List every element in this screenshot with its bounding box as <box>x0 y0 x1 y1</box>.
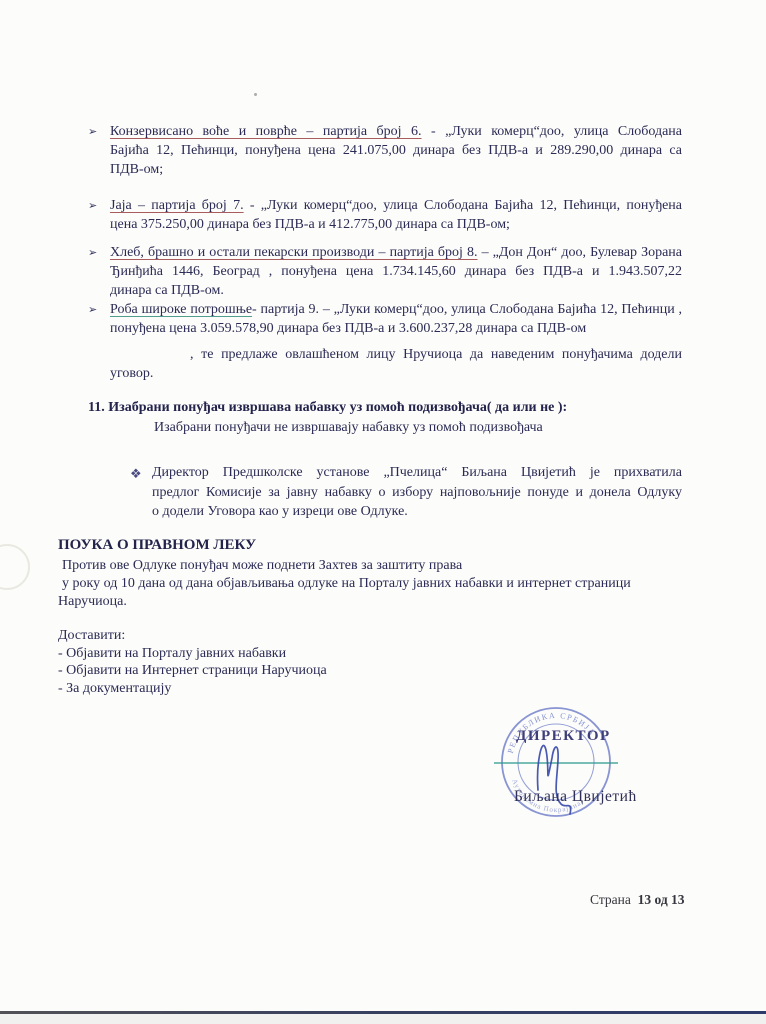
partija-6-title: Конзервисано воће и поврће – партија бро… <box>110 124 422 139</box>
official-round-stamp: РЕПУБЛИКА СРБИЈА Аутономна Покрајина <box>486 700 626 832</box>
deliver-to-section: Доставити: - Објавити на Порталу јавних … <box>58 627 478 697</box>
scan-speck <box>254 93 257 96</box>
director-name: Биљана Цвијетић <box>514 788 637 806</box>
arrow-bullet-icon: ➢ <box>88 197 97 216</box>
proposal-line: уговор. <box>110 364 682 383</box>
proposal-paragraph: , те предлаже овлашћеном лицу Нручиоца д… <box>88 345 682 383</box>
list-item-partija-8: ➢ Хлеб, брашно и остали пекарски произво… <box>88 243 682 300</box>
partija-8-line: Ђинђића 1446, Београд , понуђена цена 1.… <box>110 262 682 281</box>
page-number-value: 13 од 13 <box>638 892 685 907</box>
decision-line: Директор Предшколске установе „Пчелица“ … <box>152 463 682 483</box>
partija-6-text: - „Луки комерц“доо, улица Слободана <box>422 124 682 139</box>
deliver-item: - Објавити на Порталу јавних набавки <box>58 645 478 663</box>
director-decision: ❖ Директор Предшколске установе „Пчелица… <box>130 463 682 522</box>
partija-7-text: - „Луки комерц“доо, улица Слободана Баји… <box>244 198 682 213</box>
legal-remedy-line: у року од 10 дана од дана објављивања од… <box>58 575 718 593</box>
decision-line: предлог Комисије за јавну набавку о избо… <box>152 483 682 503</box>
deliver-item: - За документацију <box>58 680 478 698</box>
partija-8-text: – „Дон Дон“ доо, Булевар Зорана <box>478 245 683 260</box>
proposal-line: , те предлаже овлашћеном лицу Нручиоца д… <box>110 345 682 364</box>
legal-remedy-section: ПОУКА О ПРАВНОМ ЛЕКУ Против ове Одлуке п… <box>58 536 718 611</box>
item-11-subcontractor: 11. Изабрани понуђач извршава набавку уз… <box>88 398 682 438</box>
diamond-bullet-icon: ❖ <box>130 464 142 484</box>
partija-6-line: Бајића 12, Пећинци, понуђена цена 241.07… <box>110 141 682 160</box>
deliver-item: - Објавити на Интернет страници Наручиоц… <box>58 662 478 680</box>
partija-9-title: Роба широке потрошње <box>110 302 252 317</box>
arrow-bullet-icon: ➢ <box>88 301 97 320</box>
decision-line: о додели Уговора као у изреци ове Одлуке… <box>152 502 682 522</box>
legal-remedy-heading: ПОУКА О ПРАВНОМ ЛЕКУ <box>58 536 718 554</box>
arrow-bullet-icon: ➢ <box>88 244 97 263</box>
scanned-document-page: { "list": { "marker": "➢", "items": [ { … <box>0 0 766 1024</box>
list-item-partija-7: ➢ Јаја – партија број 7. - „Луки комерц“… <box>88 196 682 234</box>
partija-7-line: цена 375.250,00 динара без ПДВ-а и 412.7… <box>110 215 682 234</box>
partija-9-text: - партија 9. – „Луки комерц“доо, улица С… <box>252 302 682 317</box>
item-11-heading: 11. Изабрани понуђач извршава набавку уз… <box>88 398 682 418</box>
scan-edge-artifact <box>0 544 30 590</box>
deliver-heading: Доставити: <box>58 627 478 645</box>
partija-7-title: Јаја – партија број 7. <box>110 198 244 213</box>
list-item-partija-6: ➢ Конзервисано воће и поврће – партија б… <box>88 122 682 179</box>
arrow-bullet-icon: ➢ <box>88 123 97 142</box>
item-11-body: Изабрани понуђачи не извршавају набавку … <box>154 418 682 438</box>
partija-8-title: Хлеб, брашно и остали пекарски производи… <box>110 245 478 260</box>
page-number-label: Страна <box>590 892 631 907</box>
legal-remedy-line: Наручиоца. <box>58 593 718 611</box>
director-title: ДИРЕКТОР <box>516 728 611 745</box>
legal-remedy-line: Против ове Одлуке понуђач може поднети З… <box>58 557 718 575</box>
partija-9-line: понуђена цена 3.059.578,90 динара без ПД… <box>110 319 682 338</box>
list-item-partija-9: ➢ Роба широке потрошње- партија 9. – „Лу… <box>88 300 682 338</box>
partija-8-line: динара са ПДВ-ом. <box>110 281 682 300</box>
page-number: Страна 13 од 13 <box>590 892 685 908</box>
scan-bottom-edge <box>0 1014 766 1024</box>
partija-6-line: ПДВ-ом; <box>110 160 682 179</box>
